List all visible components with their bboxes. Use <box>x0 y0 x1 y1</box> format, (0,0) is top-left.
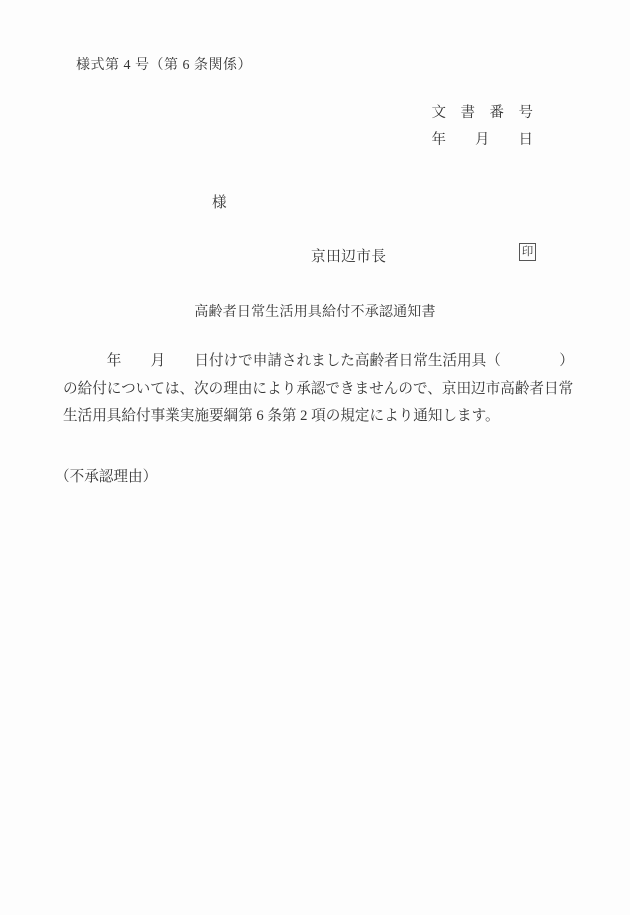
body-paragraph: 年 月 日付けで申請されました高齢者日常生活用具（ ） の給付については、次の理… <box>63 348 574 431</box>
seal-mark: 印 <box>519 243 536 261</box>
reason-label: （不承認理由） <box>55 465 157 486</box>
document-meta: 文 書 番 号 年 月 日 <box>432 100 534 154</box>
addressee-honorific: 様 <box>212 191 227 212</box>
body-line: 生活用具給付事業実施要綱第 6 条第 2 項の規定により通知します。 <box>63 403 574 431</box>
document-number-label: 文 書 番 号 <box>432 100 534 127</box>
form-number: 様式第 4 号（第 6 条関係） <box>76 54 252 74</box>
date-line: 年 月 日 <box>432 127 534 154</box>
document-page: 様式第 4 号（第 6 条関係） 文 書 番 号 年 月 日 様 京田辺市長 印… <box>0 0 630 915</box>
body-line: 年 月 日付けで申請されました高齢者日常生活用具（ ） <box>63 348 574 376</box>
sender-name: 京田辺市長 <box>311 245 386 266</box>
body-line: の給付については、次の理由により承認できませんので、京田辺市高齢者日常 <box>63 376 574 404</box>
document-title: 高齢者日常生活用具給付不承認通知書 <box>0 301 630 321</box>
